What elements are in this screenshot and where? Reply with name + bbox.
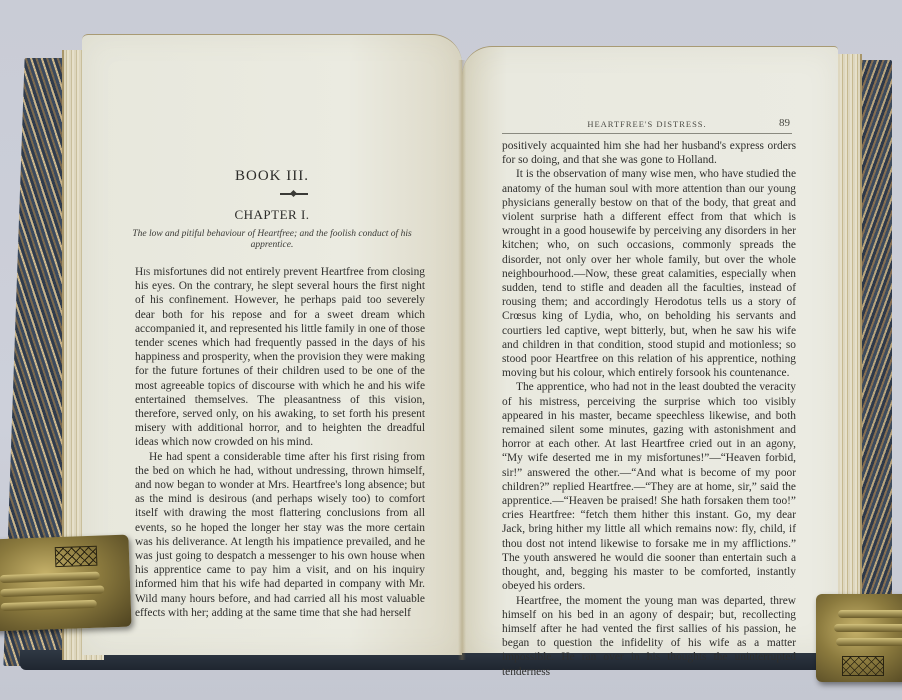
lattice-cuff-icon [842, 656, 884, 676]
running-head: HEARTFREE'S DISTRESS. 89 [502, 119, 792, 134]
finger-icon [834, 624, 902, 632]
book-heading: BOOK III. [82, 168, 462, 185]
book-gutter [458, 60, 466, 660]
brass-hand-weight-left [0, 535, 132, 632]
chapter-heading: CHAPTER I. [82, 207, 462, 223]
finger-icon [836, 638, 902, 646]
left-page: BOOK III. CHAPTER I. The low and pitiful… [82, 34, 462, 655]
right-page: HEARTFREE'S DISTRESS. 89 positively acqu… [462, 46, 838, 653]
book-photo: BOOK III. CHAPTER I. The low and pitiful… [0, 0, 902, 700]
finger-icon [838, 610, 902, 618]
paragraph: Heartfree, the moment the young man was … [502, 594, 796, 679]
paragraph: positively acquainted him she had her hu… [502, 139, 796, 167]
drop-word: His [135, 266, 150, 278]
finger-icon [0, 585, 104, 597]
finger-icon [0, 572, 100, 583]
paragraph: His misfortunes did not entirely prevent… [135, 265, 425, 450]
brass-hand-weight-right [816, 594, 902, 682]
ornament-rule [280, 193, 308, 195]
paragraph: It is the observation of many wise men, … [502, 167, 796, 380]
lattice-cuff-icon [55, 546, 98, 567]
paragraph: The apprentice, who had not in the least… [502, 380, 796, 593]
running-head-title: HEARTFREE'S DISTRESS. [502, 119, 792, 129]
chapter-summary: The low and pitiful behaviour of Heartfr… [122, 229, 422, 251]
finger-icon [1, 600, 97, 611]
page-number: 89 [779, 117, 790, 129]
paragraph-text: misfortunes did not entirely prevent Hea… [135, 266, 425, 448]
paragraph: He had spent a considerable time after h… [135, 450, 425, 620]
right-page-body: positively acquainted him she had her hu… [502, 139, 796, 679]
left-page-body: His misfortunes did not entirely prevent… [135, 265, 425, 620]
